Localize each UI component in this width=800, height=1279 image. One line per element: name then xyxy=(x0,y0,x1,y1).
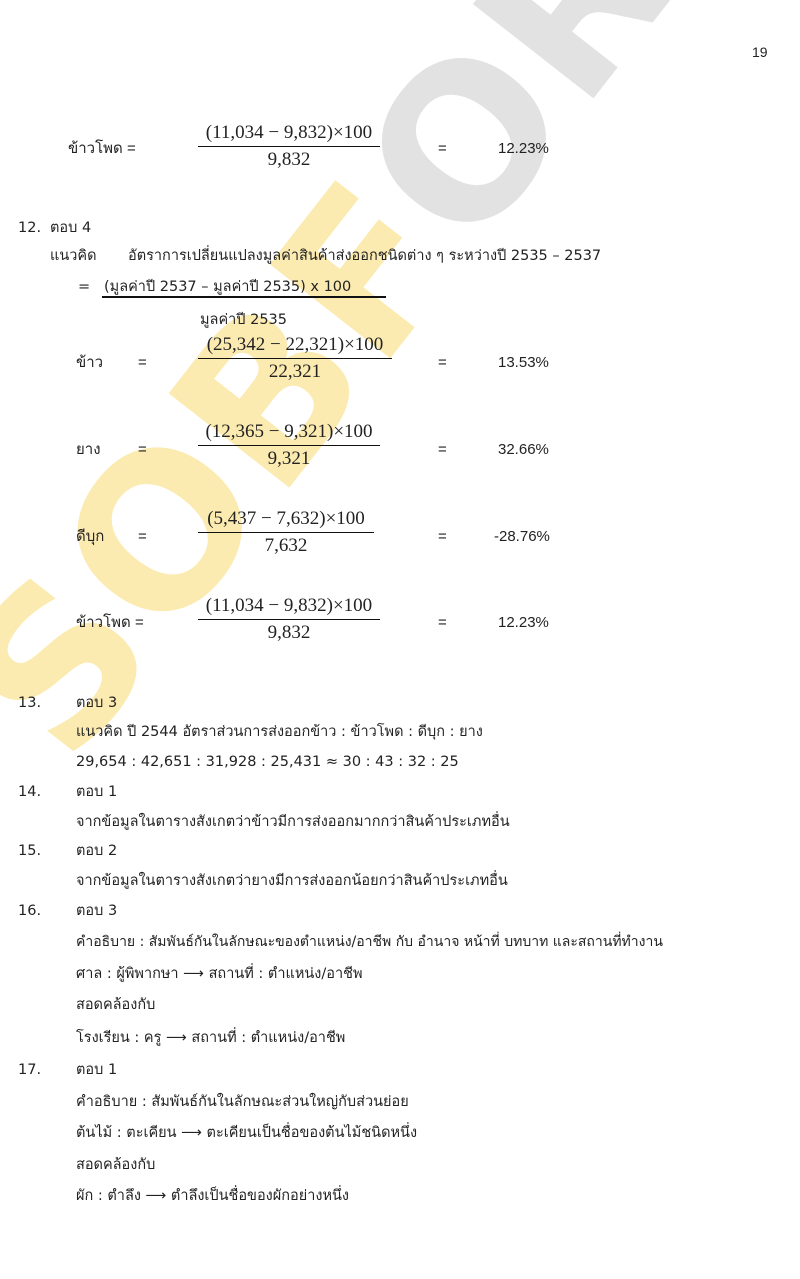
equals-sign: = xyxy=(438,614,447,632)
analogy-line: โรงเรียน : ครู ⟶ สถานที่ : ตำแหน่ง/อาชีพ xyxy=(76,1029,345,1047)
analogy-line: ต้นไม้ : ตะเคียน ⟶ ตะเคียนเป็นชื่อของต้น… xyxy=(76,1124,417,1142)
formula-equals: = xyxy=(78,278,90,296)
equals-sign: = xyxy=(438,441,447,459)
fraction: (11,034 − 9,832)×100 9,832 xyxy=(198,595,380,644)
formula-denominator: มูลค่าปี 2535 xyxy=(200,311,287,329)
fraction-numerator: (11,034 − 9,832)×100 xyxy=(198,595,380,620)
answer: ตอบ 3 xyxy=(76,694,117,712)
fraction-numerator: (11,034 − 9,832)×100 xyxy=(198,122,380,147)
explanation-line: สอดคล้องกับ xyxy=(76,1156,155,1174)
explanation-line: 29,654 : 42,651 : 31,928 : 25,431 ≈ 30 :… xyxy=(76,753,459,771)
answer: ตอบ 3 xyxy=(76,902,117,920)
concept-label: แนวคิด xyxy=(50,247,97,265)
explanation-line: แนวคิด ปี 2544 อัตราส่วนการส่งออกข้าว : … xyxy=(76,723,483,741)
equals-sign: = xyxy=(138,354,147,372)
answer: ตอบ 4 xyxy=(50,219,91,237)
explanation-line: สอดคล้องกับ xyxy=(76,996,155,1014)
equals-sign: = xyxy=(138,441,147,459)
equals-sign: = xyxy=(438,528,447,546)
explanation-line: จากข้อมูลในตารางสังเกตว่ายางมีการส่งออกน… xyxy=(76,872,508,890)
fraction: (5,437 − 7,632)×100 7,632 xyxy=(198,508,374,557)
fraction-numerator: (12,365 − 9,321)×100 xyxy=(198,421,380,446)
fraction-denominator: 9,321 xyxy=(198,446,380,470)
question-number: 12. xyxy=(18,219,41,237)
question-number: 15. xyxy=(18,842,41,860)
equals-sign: = xyxy=(138,528,147,546)
explanation-line: คำอธิบาย : สัมพันธ์กันในลักษณะของตำแหน่ง… xyxy=(76,933,663,951)
analogy-line: ศาล : ผู้พิพากษา ⟶ สถานที่ : ตำแหน่ง/อาช… xyxy=(76,965,363,983)
fraction-denominator: 9,832 xyxy=(198,147,380,171)
formula-divider xyxy=(102,296,386,298)
explanation-line: จากข้อมูลในตารางสังเกตว่าข้าวมีการส่งออก… xyxy=(76,813,510,831)
calc-result: 32.66% xyxy=(498,441,549,459)
formula-numerator: (มูลค่าปี 2537 – มูลค่าปี 2535) x 100 xyxy=(104,278,351,296)
fraction-numerator: (5,437 − 7,632)×100 xyxy=(198,508,374,533)
equals-sign: = xyxy=(438,140,447,158)
calc-label: ข้าวโพด = xyxy=(68,140,136,158)
question-number: 17. xyxy=(18,1061,41,1079)
answer: ตอบ 1 xyxy=(76,1061,117,1079)
fraction-numerator: (25,342 − 22,321)×100 xyxy=(198,334,392,359)
calc-result: 13.53% xyxy=(498,354,549,372)
calc-label: ดีบุก xyxy=(76,528,104,546)
explanation-line: คำอธิบาย : สัมพันธ์กันในลักษณะส่วนใหญ่กั… xyxy=(76,1093,409,1111)
fraction-denominator: 9,832 xyxy=(198,620,380,644)
fraction-denominator: 22,321 xyxy=(198,359,392,383)
analogy-line: ผัก : ตำลึง ⟶ ตำลึงเป็นชื่อของผักอย่างหน… xyxy=(76,1187,349,1205)
answer: ตอบ 1 xyxy=(76,783,117,801)
fraction: (12,365 − 9,321)×100 9,321 xyxy=(198,421,380,470)
fraction: (25,342 − 22,321)×100 22,321 xyxy=(198,334,392,383)
calc-label: ยาง xyxy=(76,441,101,459)
question-number: 14. xyxy=(18,783,41,801)
calc-label: ข้าวโพด = xyxy=(76,614,144,632)
calc-result: -28.76% xyxy=(494,528,550,546)
fraction: (11,034 − 9,832)×100 9,832 xyxy=(198,122,380,171)
calc-result: 12.23% xyxy=(498,140,549,158)
concept-text: อัตราการเปลี่ยนแปลงมูลค่าสินค้าส่งออกชนิ… xyxy=(128,247,601,265)
answer: ตอบ 2 xyxy=(76,842,117,860)
fraction-denominator: 7,632 xyxy=(198,533,374,557)
equals-sign: = xyxy=(438,354,447,372)
question-number: 13. xyxy=(18,694,41,712)
page-content: 19 ข้าวโพด = (11,034 − 9,832)×100 9,832 … xyxy=(0,0,800,1279)
calc-result: 12.23% xyxy=(498,614,549,632)
question-number: 16. xyxy=(18,902,41,920)
page-number: 19 xyxy=(752,44,768,60)
calc-label: ข้าว xyxy=(76,354,103,372)
